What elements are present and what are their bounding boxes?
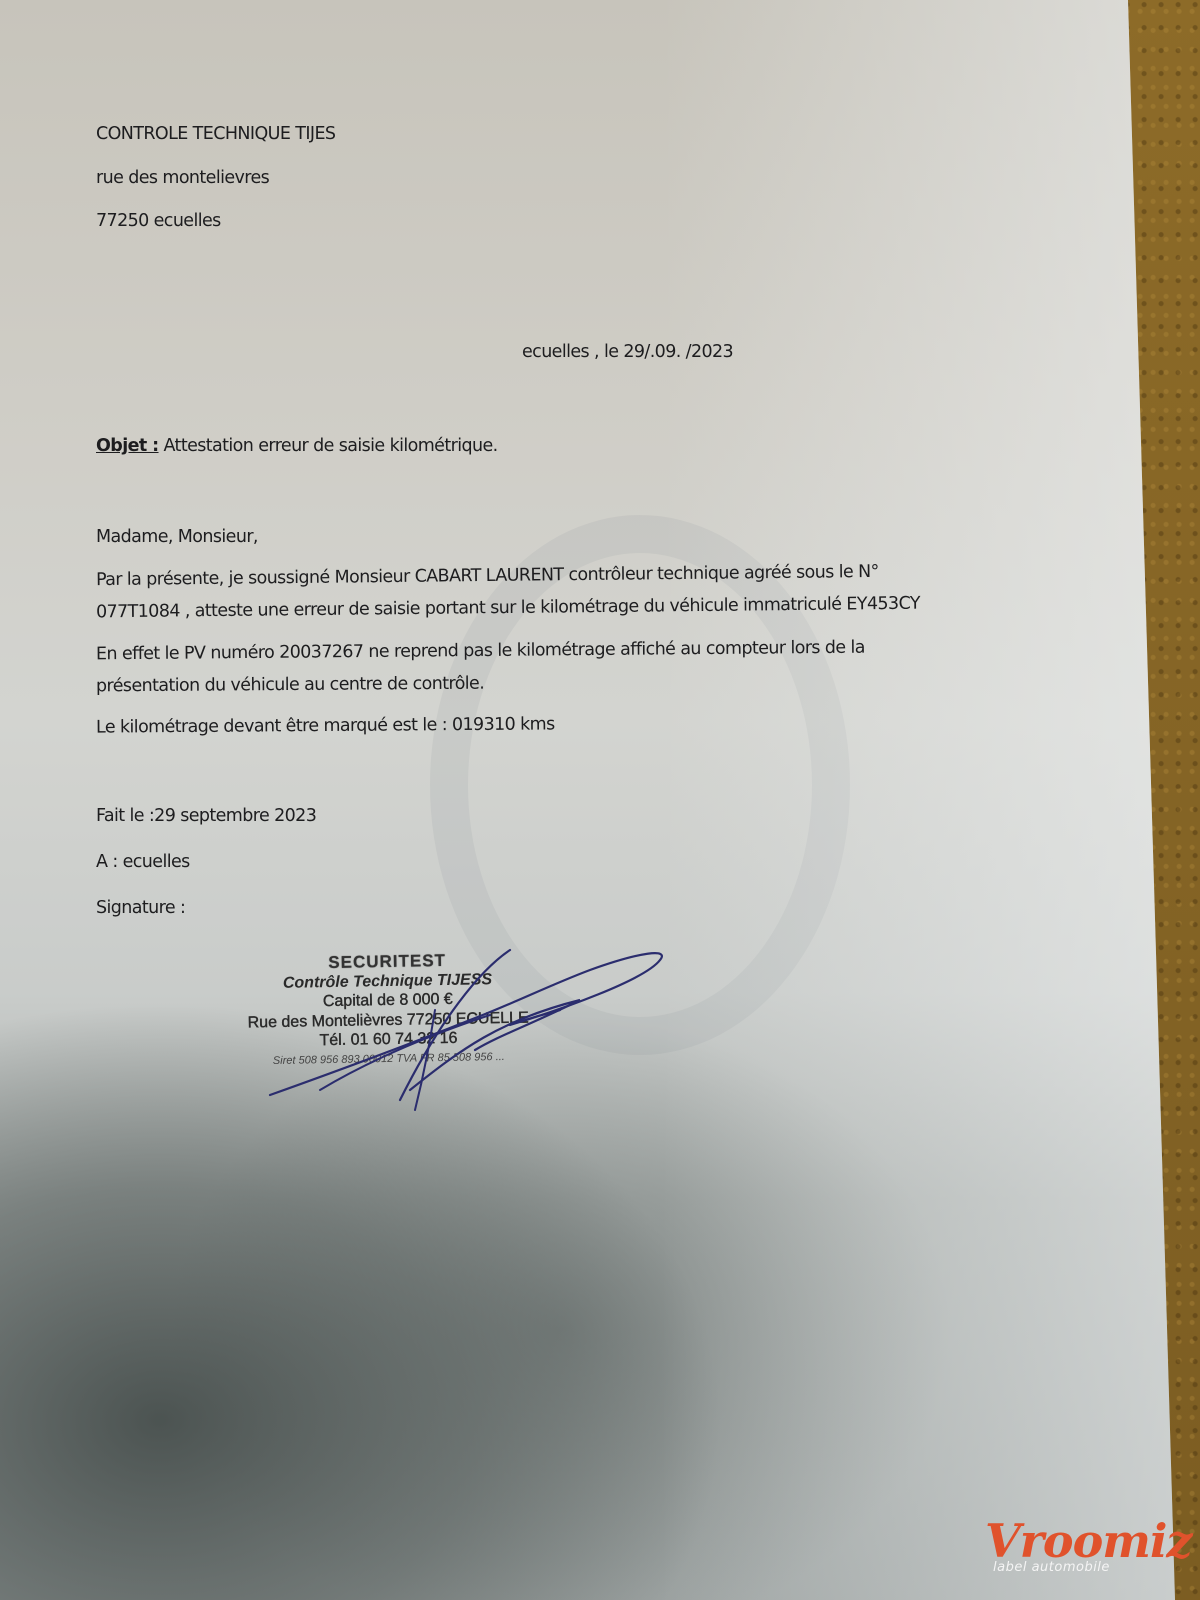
vroomiz-logo: Vroomiz label automobile: [985, 1518, 1192, 1575]
done-at-place: A : ecuelles: [96, 852, 190, 872]
handwritten-signature: [260, 930, 680, 1120]
done-on-date: Fait le :29 septembre 2023: [96, 806, 316, 826]
paragraph-1-line-1: Par la présente, je soussigné Monsieur C…: [96, 562, 879, 590]
salutation: Madame, Monsieur,: [96, 527, 258, 547]
sender-street: rue des montelievres: [96, 168, 269, 188]
date-line: ecuelles , le 29/.09. /2023: [522, 342, 733, 362]
paragraph-2-line-1: En effet le PV numéro 20037267 ne repren…: [96, 638, 865, 665]
paragraph-1-line-2: 077T1084 , atteste une erreur de saisie …: [96, 594, 920, 623]
signature-label: Signature :: [96, 898, 185, 918]
subject-line: Objet : Attestation erreur de saisie kil…: [96, 436, 498, 456]
logo-wordmark: Vroomiz: [985, 1518, 1192, 1564]
letter-document: CONTROLE TECHNIQUE TIJES rue des monteli…: [0, 0, 1200, 1600]
paragraph-3-mileage: Le kilométrage devant être marqué est le…: [96, 714, 555, 737]
sender-company: CONTROLE TECHNIQUE TIJES: [96, 124, 335, 144]
subject-label: Objet :: [96, 436, 159, 456]
subject-text: Attestation erreur de saisie kilométriqu…: [159, 436, 498, 456]
sender-city: 77250 ecuelles: [96, 211, 221, 231]
paragraph-2-line-2: présentation du véhicule au centre de co…: [96, 674, 484, 697]
